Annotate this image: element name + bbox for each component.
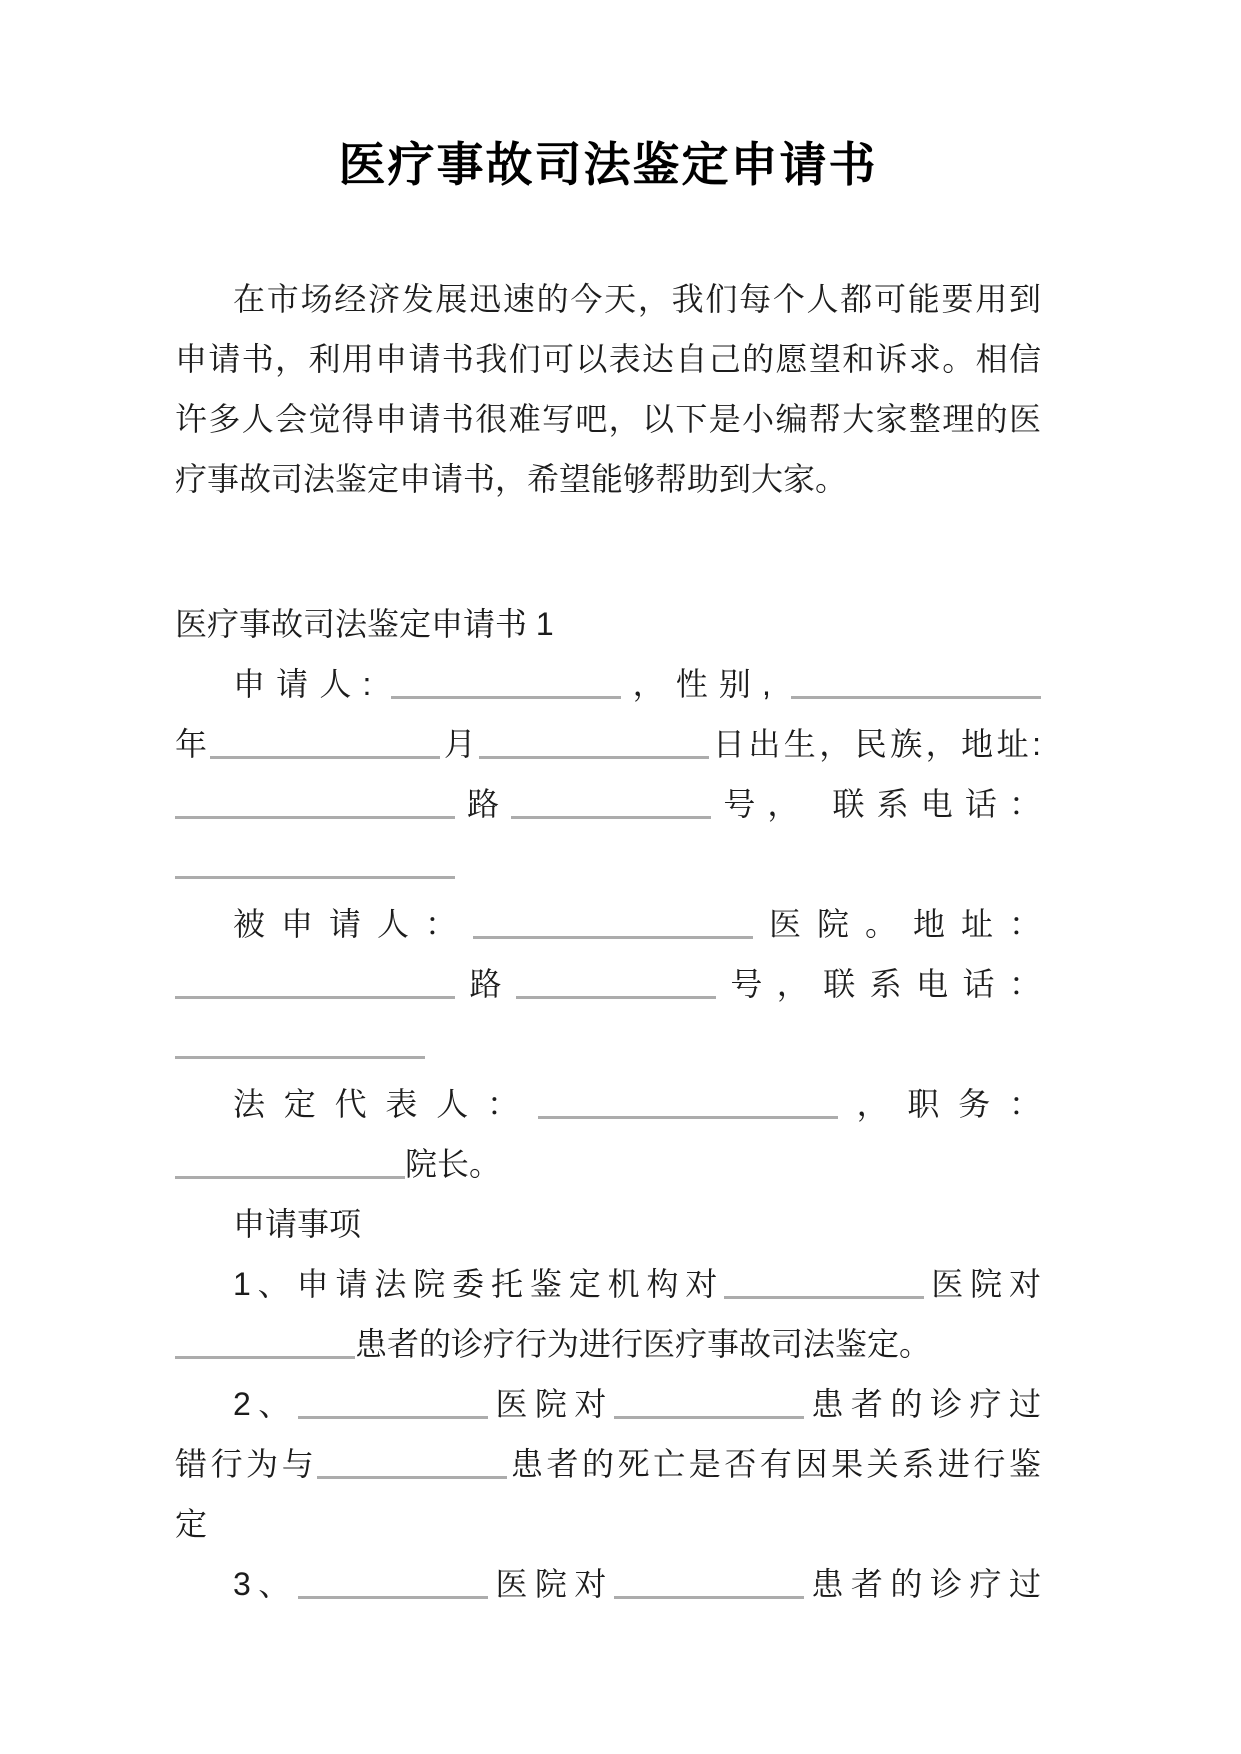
document-line: 定 xyxy=(175,1494,1041,1554)
document-line: 路号， 联系电话： xyxy=(175,774,1041,834)
document-line: 在市场经济发展迅速的今天，我们每个人都可能要用到 xyxy=(175,269,1041,329)
text-run: 申请书，利用申请书我们可以表达自己的愿望和诉求。相信 xyxy=(175,341,1041,377)
text-run: 在市场经济发展迅速的今天，我们每个人都可能要用到 xyxy=(233,281,1041,317)
document-line: 院长。 xyxy=(175,1134,1041,1194)
blank-field xyxy=(210,738,440,759)
text-run: 医疗事故司法鉴定申请书 1 xyxy=(175,606,554,642)
blank-field xyxy=(175,798,455,819)
text-run: 疗事故司法鉴定申请书，希望能够帮助到大家。 xyxy=(175,461,847,497)
text-run: 错行为与 xyxy=(175,1446,317,1482)
blank-field xyxy=(317,1458,507,1479)
document-line xyxy=(175,1014,1041,1074)
document-page: 医疗事故司法鉴定申请书 在市场经济发展迅速的今天，我们每个人都可能要用到申请书，… xyxy=(0,0,1241,1754)
text-run: 医院对 xyxy=(488,1566,614,1602)
text-run: 定 xyxy=(175,1506,207,1542)
blank-field xyxy=(538,1098,838,1119)
text-run: 1、申请法院委托鉴定机构对 xyxy=(233,1266,724,1302)
text-run: 申请事项 xyxy=(233,1206,361,1242)
text-run: 日出生，民族，地址: xyxy=(709,726,1041,762)
blank-field xyxy=(791,678,1041,699)
blank-field xyxy=(298,1398,488,1419)
text-run: 患者的诊疗过 xyxy=(804,1386,1041,1422)
blank-field xyxy=(479,738,709,759)
document-line: 申请书，利用申请书我们可以表达自己的愿望和诉求。相信 xyxy=(175,329,1041,389)
document-line: 被申请人：医院。地址： xyxy=(175,894,1041,954)
blank-field xyxy=(175,1158,405,1179)
blank-field xyxy=(724,1278,924,1299)
document-line: 错行为与患者的死亡是否有因果关系进行鉴 xyxy=(175,1434,1041,1494)
text-run: 号，联系电话： xyxy=(716,966,1041,1002)
document-line xyxy=(175,834,1041,894)
text-run: 申请人: xyxy=(233,666,391,702)
document-line: 年月日出生，民族，地址: xyxy=(175,714,1041,774)
text-run: ，职务： xyxy=(838,1086,1041,1122)
document-line: 患者的诊疗行为进行医疗事故司法鉴定。 xyxy=(175,1314,1041,1374)
document-line: 医疗事故司法鉴定申请书 1 xyxy=(175,594,1041,654)
blank-field xyxy=(175,978,455,999)
text-run: 医院对 xyxy=(488,1386,614,1422)
text-run: 患者的死亡是否有因果关系进行鉴 xyxy=(507,1446,1041,1482)
blank-field xyxy=(511,798,711,819)
document-line: 路号，联系电话： xyxy=(175,954,1041,1014)
text-run: 路 xyxy=(455,966,516,1002)
text-run: 年 xyxy=(175,726,210,762)
text-run: 月 xyxy=(440,726,479,762)
document-line: 申请事项 xyxy=(175,1194,1041,1254)
document-line: 2、医院对患者的诊疗过 xyxy=(175,1374,1041,1434)
blank-field xyxy=(614,1578,804,1599)
text-run: 患者的诊疗过 xyxy=(804,1566,1041,1602)
blank-field xyxy=(614,1398,804,1419)
document-line: 疗事故司法鉴定申请书，希望能够帮助到大家。 xyxy=(175,449,1041,509)
document-title: 医疗事故司法鉴定申请书 xyxy=(175,128,1041,195)
blank-field xyxy=(175,1338,355,1359)
document-line: 3、医院对患者的诊疗过 xyxy=(175,1554,1041,1614)
blank-field xyxy=(391,678,621,699)
text-run: 法定代表人： xyxy=(233,1086,538,1122)
document-content: 医疗事故司法鉴定申请书 在市场经济发展迅速的今天，我们每个人都可能要用到申请书，… xyxy=(0,0,1241,1614)
text-run: 患者的诊疗行为进行医疗事故司法鉴定。 xyxy=(355,1326,931,1362)
document-line: 申请人: ，性别, xyxy=(175,654,1041,714)
text-run: 路 xyxy=(455,786,511,822)
text-run: 3、 xyxy=(233,1566,298,1602)
text-run: 号， 联系电话： xyxy=(711,786,1041,822)
document-line: 1、申请法院委托鉴定机构对医院对 xyxy=(175,1254,1041,1314)
text-run: 被申请人： xyxy=(233,906,473,942)
text-run: ，性别, xyxy=(621,666,791,702)
document-body: 在市场经济发展迅速的今天，我们每个人都可能要用到申请书，利用申请书我们可以表达自… xyxy=(175,269,1041,1614)
blank-field xyxy=(516,978,716,999)
document-line: 许多人会觉得申请书很难写吧，以下是小编帮大家整理的医 xyxy=(175,389,1041,449)
blank-field xyxy=(473,918,753,939)
blank-field xyxy=(298,1578,488,1599)
text-run: 医院对 xyxy=(924,1266,1041,1302)
blank-field xyxy=(175,1038,425,1059)
text-run: 许多人会觉得申请书很难写吧，以下是小编帮大家整理的医 xyxy=(175,401,1041,437)
text-run: 院长。 xyxy=(405,1146,501,1182)
document-line: 法定代表人：，职务： xyxy=(175,1074,1041,1134)
blank-field xyxy=(175,858,455,879)
text-run: 2、 xyxy=(233,1386,298,1422)
text-run: 医院。地址： xyxy=(753,906,1041,942)
